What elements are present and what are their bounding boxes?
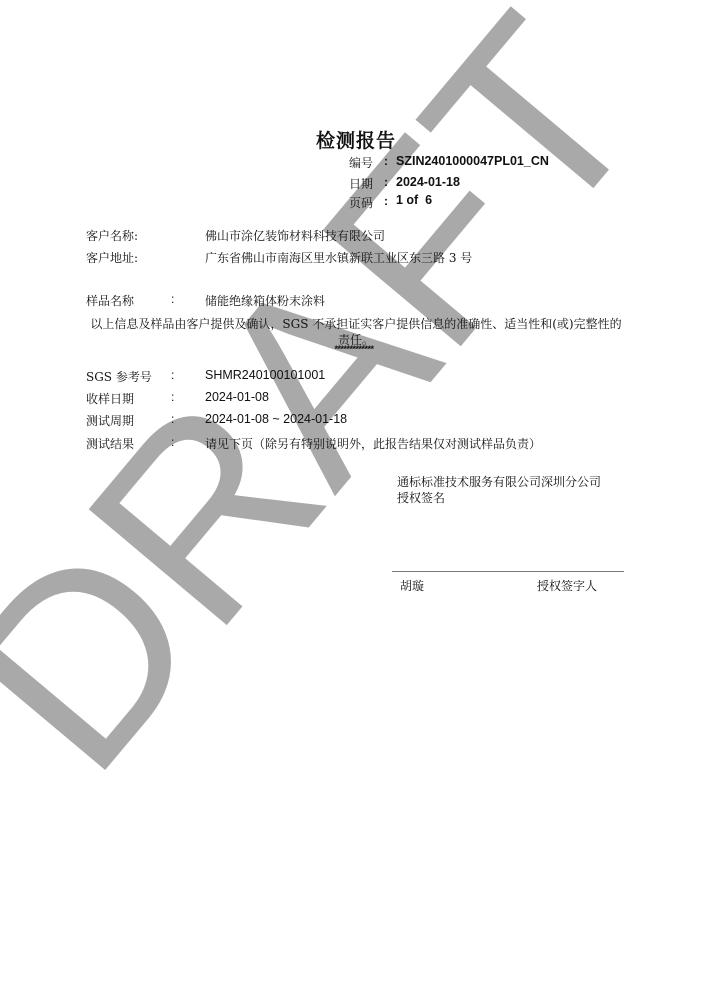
receipt-date-value: 2024-01-08 <box>205 390 269 404</box>
report-number-label: 编号 <box>349 154 373 171</box>
sample-name-value: 储能绝缘箱体粉末涂料 <box>205 292 325 309</box>
test-result-label: 测试结果 <box>86 435 134 452</box>
sample-name-colon: : <box>171 292 174 306</box>
sgs-reference-value: SHMR240100101001 <box>205 368 325 382</box>
report-title: 检测报告 <box>316 126 396 153</box>
report-number-colon: : <box>384 154 388 168</box>
test-period-colon: : <box>171 412 174 426</box>
report-date-value: 2024-01-18 <box>396 175 460 189</box>
separator-stars: ************* <box>0 344 708 354</box>
test-result-value: 请见下页（除另有特别说明外，此报告结果仅对测试样品负责） <box>205 435 541 452</box>
test-period-value: 2024-01-08 ~ 2024-01-18 <box>205 412 347 426</box>
authorized-signature-label: 授权签名 <box>397 489 445 506</box>
sample-name-label: 样品名称 <box>86 292 134 309</box>
signature-line <box>392 571 624 572</box>
client-address-value: 广东省佛山市南海区里水镇新联工业区东三路 3 号 <box>205 249 472 266</box>
page-number-colon: : <box>384 194 388 208</box>
page-number-value: 1 of 6 <box>396 193 432 207</box>
report-date-colon: : <box>384 175 388 189</box>
report-number-value: SZIN2401000047PL01_CN <box>396 154 549 168</box>
sgs-reference-label: SGS 参考号 <box>86 368 152 385</box>
client-address-label: 客户地址: <box>86 249 138 266</box>
receipt-date-colon: : <box>171 390 174 404</box>
test-period-label: 测试周期 <box>86 412 134 429</box>
test-result-colon: : <box>171 435 174 449</box>
report-date-label: 日期 <box>349 175 373 192</box>
receipt-date-label: 收样日期 <box>86 390 134 407</box>
sgs-reference-colon: : <box>171 368 174 382</box>
signer-title: 授权签字人 <box>537 577 597 594</box>
client-name-value: 佛山市涂亿装饰材料科技有限公司 <box>205 227 385 244</box>
signing-company: 通标标准技术服务有限公司深圳分公司 <box>397 473 601 490</box>
page-number-label: 页码 <box>349 194 373 211</box>
signer-name: 胡璇 <box>400 577 424 594</box>
client-name-label: 客户名称: <box>86 227 138 244</box>
